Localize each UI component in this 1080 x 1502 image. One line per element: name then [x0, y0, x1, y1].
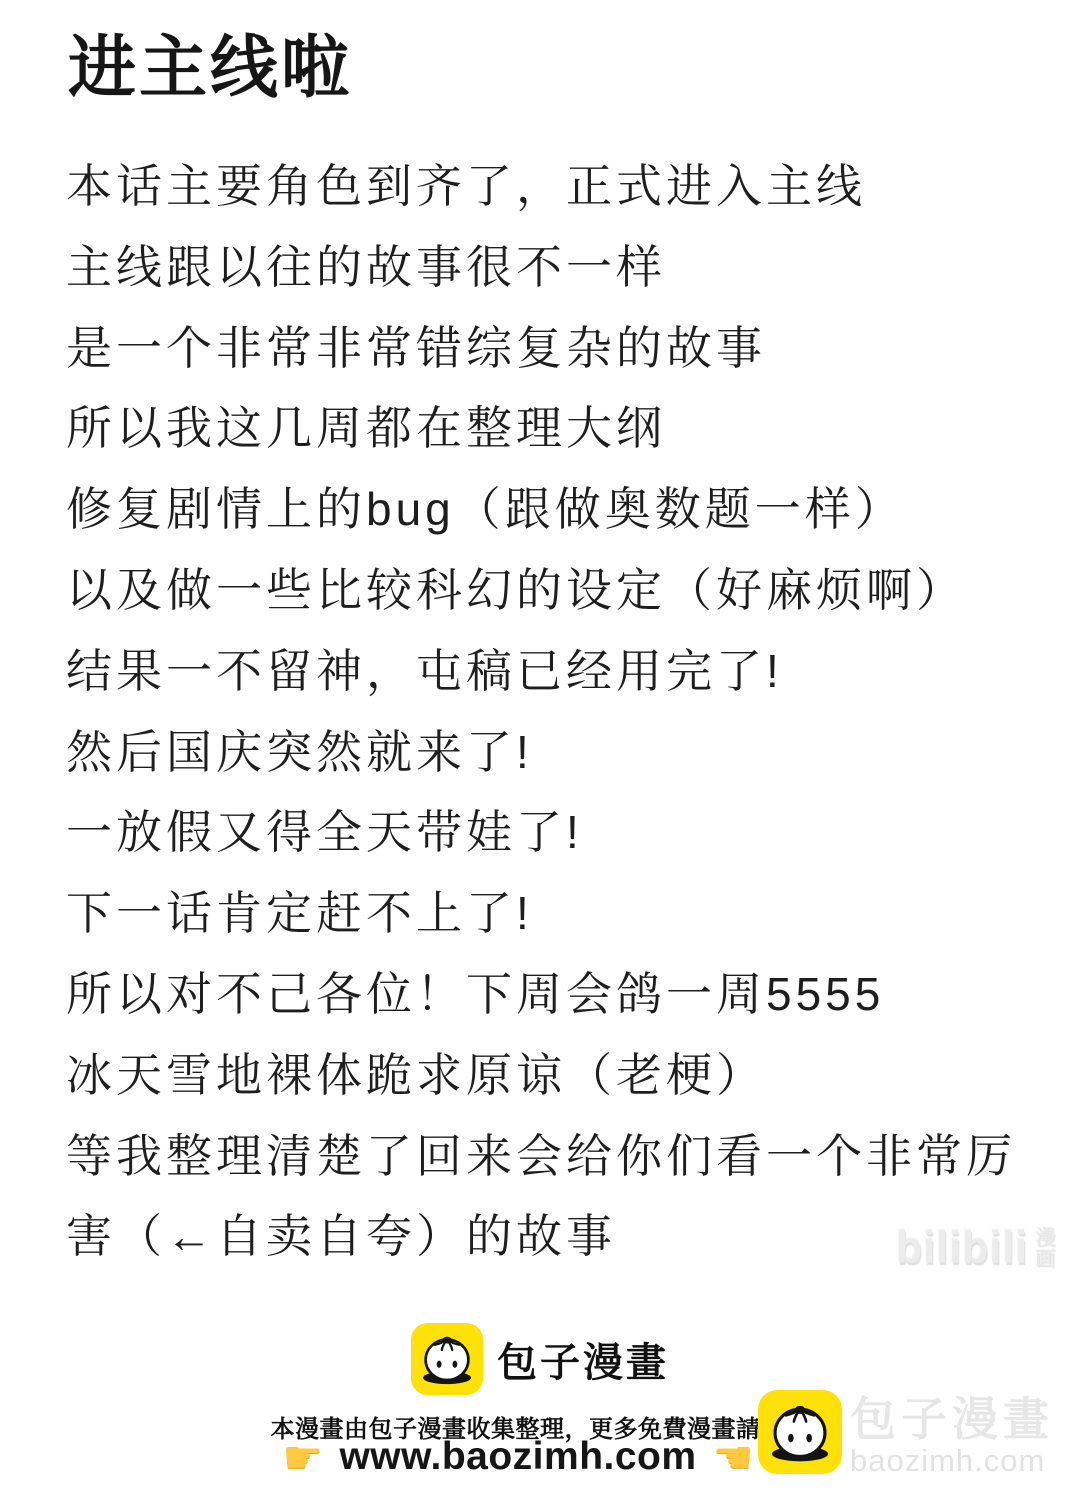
baozi-bun-icon [758, 1390, 842, 1474]
bilibili-watermark: bilibili 漫 画 [896, 1224, 1055, 1273]
text-line: 主线跟以往的故事很不一样 [66, 227, 1050, 308]
text-line: 等我整理清楚了回来会给你们看一个非常厉 [66, 1116, 1050, 1197]
baozi-bun-icon [411, 1323, 483, 1395]
baozimh-watermark-domain: baozimh.com [850, 1444, 1054, 1478]
text-line: 一放假又得全天带娃了! [66, 792, 1050, 873]
text-line: 本话主要角色到齐了，正式进入主线 [66, 146, 1050, 227]
text-line: 修复剧情上的bug（跟做奥数题一样） [66, 469, 1050, 550]
comic-author-note-page: 进主线啦 本话主要角色到齐了，正式进入主线 主线跟以往的故事很不一样 是一个非常… [0, 0, 1080, 1502]
bilibili-logo-text: bilibili [896, 1223, 1028, 1274]
baozimh-watermark: 包子漫畫 baozimh.com [758, 1390, 1054, 1478]
text-line: 是一个非常非常错综复杂的故事 [66, 308, 1050, 389]
text-line: 下一话肯定赶不上了! [66, 873, 1050, 954]
text-line: 以及做一些比较科幻的设定（好麻烦啊） [66, 550, 1050, 631]
bilibili-manhua-label: 漫 画 [1035, 1228, 1055, 1270]
baozi-brand-name: 包子漫畫 [497, 1331, 669, 1388]
text-line: 结果一不留神，屯稿已经用完了! [66, 631, 1050, 712]
text-line: 然后国庆突然就来了! [66, 712, 1050, 793]
baozi-brand-row: 包子漫畫 [0, 1323, 1080, 1395]
pointing-left-icon: ☚ [713, 1434, 754, 1480]
pointing-right-icon: ☛ [282, 1434, 323, 1480]
text-line: 所以对不己各位！下周会鸽一周5555 [66, 954, 1050, 1035]
baozimh-watermark-name: 包子漫畫 [850, 1394, 1054, 1444]
text-line: 所以我这几周都在整理大纲 [66, 388, 1050, 469]
text-line: 冰天雪地裸体跪求原谅（老梗） [66, 1035, 1050, 1116]
baozimh-watermark-text: 包子漫畫 baozimh.com [850, 1390, 1054, 1478]
site-url: www.baozimh.com [339, 1435, 696, 1479]
author-note-text: 本话主要角色到齐了，正式进入主线 主线跟以往的故事很不一样 是一个非常非常错综复… [66, 146, 1050, 1277]
page-title: 进主线啦 [68, 14, 352, 111]
